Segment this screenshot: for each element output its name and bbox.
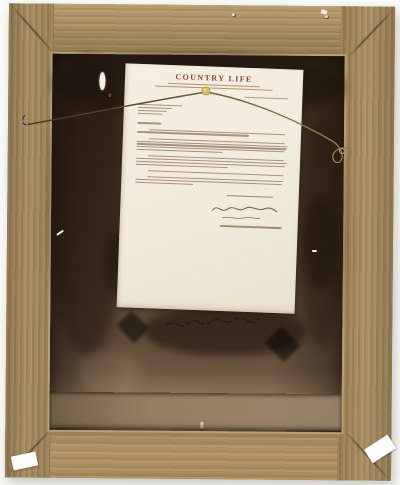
backing-board: COUNTRY LIFE xyxy=(49,54,344,433)
nail-hole xyxy=(325,15,329,19)
handwritten-signature xyxy=(134,195,285,227)
wooden-frame: COUNTRY LIFE xyxy=(5,3,395,480)
nail-hole xyxy=(232,13,236,17)
salutation-line xyxy=(137,122,287,129)
frame-top-rail xyxy=(9,3,395,56)
country-life-letter: COUNTRY LIFE xyxy=(117,63,304,313)
worn-light-area xyxy=(78,352,142,395)
dark-tape-mark xyxy=(117,311,150,344)
paragraph-1 xyxy=(137,128,287,138)
frame-left-stile xyxy=(5,3,54,477)
paragraph-2 xyxy=(136,138,286,156)
frame-right-stile xyxy=(337,6,395,480)
paragraph-3 xyxy=(136,155,286,170)
red-seal-dot xyxy=(108,93,111,97)
white-speck xyxy=(312,250,317,252)
letter-date xyxy=(138,92,288,99)
frame-bottom-rail xyxy=(5,428,391,480)
stain-right-of-letter xyxy=(303,196,338,288)
recipient-address-block xyxy=(138,104,288,120)
paragraph-4 xyxy=(136,170,286,177)
stretcher-bar-band xyxy=(49,392,341,431)
backing-nail xyxy=(200,422,203,429)
paragraph-5 xyxy=(135,176,285,188)
photo-of-frame-back: COUNTRY LIFE xyxy=(0,0,400,485)
signature-block xyxy=(134,195,285,227)
